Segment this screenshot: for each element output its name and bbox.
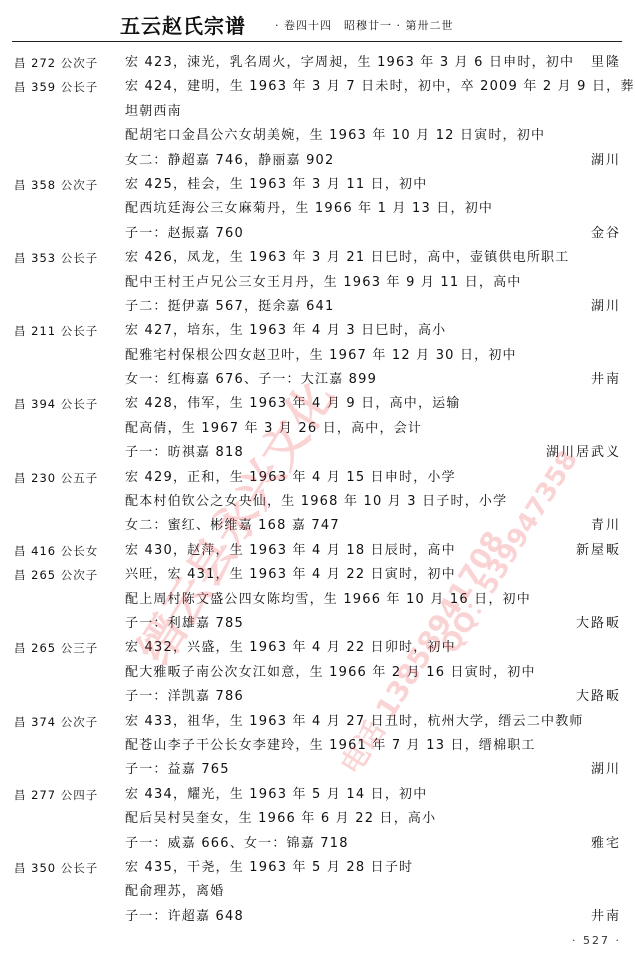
- entry-text: 宏 435，干尧，生 1963 年 5 月 28 日子时: [125, 856, 413, 880]
- residence-place: 新屋畈: [576, 539, 621, 563]
- entry-line: 子一：许超嘉 648井南: [0, 905, 635, 929]
- entry-text: 子一：洋凯嘉 786: [125, 685, 244, 709]
- entry-text: 女二：蜜红、彬维嘉 168 嘉 747: [125, 514, 340, 538]
- residence-place: 湖川: [591, 758, 621, 782]
- lineage-label: 昌 358 公次子: [14, 173, 98, 197]
- entry-line: 配高倩，生 1967 年 3 月 26 日，高中，会计: [0, 417, 635, 441]
- lineage-label: 昌 230 公五子: [14, 466, 98, 490]
- book-title: 五云赵氏宗谱: [120, 10, 246, 39]
- lineage-label: 昌 416 公长女: [14, 539, 98, 563]
- lineage-label: 昌 211 公长子: [14, 319, 98, 343]
- lineage-label: 昌 394 公长子: [14, 392, 98, 416]
- residence-place: 大路畈: [576, 685, 621, 709]
- lineage-label: 昌 350 公长子: [14, 856, 98, 880]
- entry-text: 宏 426，凤龙，生 1963 年 3 月 21 日巳时，高中，壶镇供电所职工: [125, 246, 569, 270]
- lineage-label: 昌 265 公次子: [14, 563, 98, 587]
- entry-line: 昌 277 公四子宏 434，耀光，生 1963 年 5 月 14 日，初中: [0, 783, 635, 807]
- entry-text: 子一：赵振嘉 760: [125, 222, 244, 246]
- entry-text: 子一：昉祺嘉 818: [125, 441, 244, 465]
- entry-text: 宏 428，伟军，生 1963 年 4 月 9 日，高中，运输: [125, 392, 461, 416]
- entry-line: 配上周村陈文盛公四女陈均雪，生 1966 年 10 月 16 日，初中: [0, 588, 635, 612]
- entry-line: 女一：红梅嘉 676、子一：大江嘉 899井南: [0, 368, 635, 392]
- entry-text: 坦朝西南: [125, 100, 182, 124]
- entry-text: 配上周村陈文盛公四女陈均雪，生 1966 年 10 月 16 日，初中: [125, 588, 531, 612]
- lineage-label: 昌 359 公长子: [14, 75, 98, 99]
- page-header: 五云赵氏宗谱 · 卷四十四 昭穆廿一 · 第卅二世: [0, 0, 635, 44]
- entry-line: 昌 358 公次子宏 425，桂会，生 1963 年 3 月 11 日，初中: [0, 173, 635, 197]
- entry-line: 子一：威嘉 666、女一：锦嘉 718雅宅: [0, 832, 635, 856]
- lineage-label: 昌 272 公次子: [14, 51, 98, 75]
- genealogy-entries: 昌 272 公次子宏 423，涑光，乳名周火，字周昶，生 1963 年 3 月 …: [0, 51, 635, 929]
- residence-place: 湖川: [591, 149, 621, 173]
- residence-place: 湖川居武义: [546, 441, 621, 465]
- entry-text: 配后吴村吴奎女，生 1966 年 6 月 22 日，高小: [125, 807, 436, 831]
- entry-text: 配苍山李子干公长女李建玲，生 1961 年 7 月 13 日，缙棉职工: [125, 734, 536, 758]
- entry-line: 女二：静超嘉 746，静丽嘉 902湖川: [0, 149, 635, 173]
- entry-line: 昌 211 公长子宏 427，培东，生 1963 年 4 月 3 日巳时，高小: [0, 319, 635, 343]
- entry-line: 配本村伯钦公之女央仙，生 1968 年 10 月 3 日子时，小学: [0, 490, 635, 514]
- residence-place: 湖川: [591, 295, 621, 319]
- entry-text: 宏 423，涑光，乳名周火，字周昶，生 1963 年 3 月 6 日申时，初中: [125, 51, 574, 75]
- entry-line: 子一：益嘉 765湖川: [0, 758, 635, 782]
- residence-place: 井南: [591, 905, 621, 929]
- residence-place: 雅宅: [591, 832, 621, 856]
- entry-text: 兴旺，宏 431，生 1963 年 4 月 22 日寅时，初中: [125, 563, 456, 587]
- entry-line: 昌 416 公长女宏 430，赵萍，生 1963 年 4 月 18 日辰时，高中…: [0, 539, 635, 563]
- entry-line: 子二：挺伊嘉 567，挺余嘉 641湖川: [0, 295, 635, 319]
- entry-line: 昌 359 公长子宏 424，建明，生 1963 年 3 月 7 日未时，初中，…: [0, 75, 635, 99]
- lineage-label: 昌 374 公次子: [14, 710, 98, 734]
- residence-place: 井南: [591, 368, 621, 392]
- entry-text: 配中王村王卢兄公三女王月丹，生 1963 年 9 月 11 日，高中: [125, 271, 522, 295]
- entry-line: 昌 265 公三子宏 432，兴盛，生 1963 年 4 月 22 日卯时，初中: [0, 636, 635, 660]
- entry-text: 子一：益嘉 765: [125, 758, 230, 782]
- entry-text: 宏 433，祖华，生 1963 年 4 月 27 日丑时，杭州大学，缙云二中教师: [125, 710, 584, 734]
- entry-line: 配俞理苏，离婚: [0, 880, 635, 904]
- entry-line: 昌 350 公长子宏 435，干尧，生 1963 年 5 月 28 日子时: [0, 856, 635, 880]
- entry-line: 昌 394 公长子宏 428，伟军，生 1963 年 4 月 9 日，高中，运输: [0, 392, 635, 416]
- entry-text: 宏 425，桂会，生 1963 年 3 月 11 日，初中: [125, 173, 427, 197]
- entry-text: 宏 434，耀光，生 1963 年 5 月 14 日，初中: [125, 783, 427, 807]
- entry-line: 子一：昉祺嘉 818湖川居武义: [0, 441, 635, 465]
- entry-text: 宏 427，培东，生 1963 年 4 月 3 日巳时，高小: [125, 319, 446, 343]
- residence-place: 大路畈: [576, 612, 621, 636]
- entry-line: 昌 353 公长子宏 426，凤龙，生 1963 年 3 月 21 日巳时，高中…: [0, 246, 635, 270]
- entry-text: 配胡宅口金昌公六女胡美婉，生 1963 年 10 月 12 日寅时，初中: [125, 124, 545, 148]
- entry-line: 坦朝西南: [0, 100, 635, 124]
- entry-line: 配中王村王卢兄公三女王月丹，生 1963 年 9 月 11 日，高中: [0, 271, 635, 295]
- entry-line: 女二：蜜红、彬维嘉 168 嘉 747青川: [0, 514, 635, 538]
- lineage-label: 昌 265 公三子: [14, 636, 98, 660]
- header-divider: [12, 41, 622, 42]
- entry-text: 宏 432，兴盛，生 1963 年 4 月 22 日卯时，初中: [125, 636, 456, 660]
- entry-line: 子一：洋凯嘉 786大路畈: [0, 685, 635, 709]
- entry-text: 女二：静超嘉 746，静丽嘉 902: [125, 149, 335, 173]
- entry-line: 配苍山李子干公长女李建玲，生 1961 年 7 月 13 日，缙棉职工: [0, 734, 635, 758]
- volume-subtitle: · 卷四十四 昭穆廿一 · 第卅二世: [275, 17, 453, 33]
- residence-place: 金谷: [591, 222, 621, 246]
- residence-place: 青川: [591, 514, 621, 538]
- entry-text: 配大雅畈子南公次女江如意，生 1966 年 2 月 16 日寅时，初中: [125, 661, 536, 685]
- entry-text: 配雅宅村保根公四女赵卫叶，生 1967 年 12 月 30 日，初中: [125, 344, 517, 368]
- entry-text: 宏 430，赵萍，生 1963 年 4 月 18 日辰时，高中: [125, 539, 456, 563]
- residence-place: 里隆: [591, 51, 621, 75]
- entry-line: 配雅宅村保根公四女赵卫叶，生 1967 年 12 月 30 日，初中: [0, 344, 635, 368]
- entry-text: 子一：利雄嘉 785: [125, 612, 244, 636]
- entry-line: 配后吴村吴奎女，生 1966 年 6 月 22 日，高小: [0, 807, 635, 831]
- entry-text: 配西坑廷海公三女麻菊丹，生 1966 年 1 月 13 日，初中: [125, 197, 493, 221]
- entry-line: 配大雅畈子南公次女江如意，生 1966 年 2 月 16 日寅时，初中: [0, 661, 635, 685]
- entry-line: 昌 265 公次子兴旺，宏 431，生 1963 年 4 月 22 日寅时，初中: [0, 563, 635, 587]
- lineage-label: 昌 353 公长子: [14, 246, 98, 270]
- entry-line: 昌 230 公五子宏 429，正和，生 1963 年 4 月 15 日申时，小学: [0, 466, 635, 490]
- lineage-label: 昌 277 公四子: [14, 783, 98, 807]
- entry-line: 子一：赵振嘉 760金谷: [0, 222, 635, 246]
- entry-line: 配胡宅口金昌公六女胡美婉，生 1963 年 10 月 12 日寅时，初中: [0, 124, 635, 148]
- entry-text: 子一：威嘉 666、女一：锦嘉 718: [125, 832, 349, 856]
- entry-text: 宏 424，建明，生 1963 年 3 月 7 日未时，初中，卒 2009 年 …: [125, 75, 635, 99]
- entry-line: 子一：利雄嘉 785大路畈: [0, 612, 635, 636]
- page-number: · 527 ·: [572, 934, 621, 947]
- entry-line: 昌 374 公次子宏 433，祖华，生 1963 年 4 月 27 日丑时，杭州…: [0, 710, 635, 734]
- entry-text: 配俞理苏，离婚: [125, 880, 224, 904]
- entry-text: 宏 429，正和，生 1963 年 4 月 15 日申时，小学: [125, 466, 456, 490]
- entry-line: 配西坑廷海公三女麻菊丹，生 1966 年 1 月 13 日，初中: [0, 197, 635, 221]
- entry-text: 配高倩，生 1967 年 3 月 26 日，高中，会计: [125, 417, 422, 441]
- entry-text: 子二：挺伊嘉 567，挺余嘉 641: [125, 295, 335, 319]
- entry-text: 子一：许超嘉 648: [125, 905, 244, 929]
- entry-text: 配本村伯钦公之女央仙，生 1968 年 10 月 3 日子时，小学: [125, 490, 507, 514]
- entry-text: 女一：红梅嘉 676、子一：大江嘉 899: [125, 368, 377, 392]
- entry-line: 昌 272 公次子宏 423，涑光，乳名周火，字周昶，生 1963 年 3 月 …: [0, 51, 635, 75]
